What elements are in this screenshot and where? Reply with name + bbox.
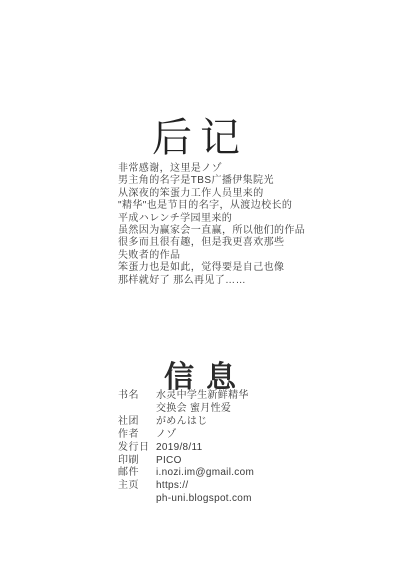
info-table: 书名 水灵中学生新鲜精华 交换会 蜜月性爱 社团 がめんはじ 作者 ノゾ 发行日… [118,390,254,506]
info-label-empty [118,493,156,506]
afterword-line: 平成ハレンチ学园里来的 [118,213,338,225]
info-row-homepage: 主页 https:// [118,480,254,493]
afterword-line: 很多而且很有趣，但是我更喜欢那些 [118,237,338,249]
info-label-circle: 社团 [118,416,156,429]
info-row-printing: 印刷 PICO [118,455,254,468]
info-label-book-title: 书名 [118,390,156,403]
afterword-line: 失败者的作品 [118,250,338,262]
info-value-book-title: 水灵中学生新鲜精华 [156,390,249,403]
info-row-release-date: 发行日 2019/8/11 [118,442,254,455]
afterword-line: "精华"也是节目的名字，从渡边校长的 [118,200,338,212]
afterword-line: 虽然因为赢家会一直赢，所以他们的作品 [118,225,338,237]
info-row-author: 作者 ノゾ [118,429,254,442]
afterword-line: 非常感谢，这里是ノゾ [118,163,338,175]
info-value-homepage-scheme: https:// [156,480,188,493]
info-label-release-date: 发行日 [118,442,156,455]
info-row-title-line2: 交换会 蜜月性爱 [118,403,254,416]
afterword-line: 那样就好了 那么再见了…… [118,275,338,287]
info-label-empty [118,403,156,416]
info-label-homepage: 主页 [118,480,156,493]
afterword-page: 后记 非常感谢，这里是ノゾ 男主角的名字是TBS广播伊集院光 从深夜的笨蛋力工作… [0,0,400,565]
info-value-release-date: 2019/8/11 [156,442,202,455]
info-label-author: 作者 [118,429,156,442]
afterword-title: 后记 [0,106,400,163]
afterword-line: 男主角的名字是TBS广播伊集院光 [118,175,338,187]
afterword-line: 从深夜的笨蛋力工作人员里来的 [118,188,338,200]
info-row-circle: 社团 がめんはじ [118,416,254,429]
info-label-email: 邮件 [118,467,156,480]
info-row-homepage-url: ph-uni.blogspot.com [118,493,254,506]
info-value-homepage-url: ph-uni.blogspot.com [156,493,252,506]
afterword-line: 笨蛋力也是如此，觉得要是自己也像 [118,262,338,274]
info-value-circle: がめんはじ [156,416,208,429]
info-value-printing: PICO [156,455,182,468]
info-value-book-subtitle: 交换会 蜜月性爱 [156,403,231,416]
info-row-email: 邮件 i.nozi.im@gmail.com [118,467,254,480]
afterword-text: 非常感谢，这里是ノゾ 男主角的名字是TBS广播伊集院光 从深夜的笨蛋力工作人员里… [118,163,338,287]
info-label-printing: 印刷 [118,455,156,468]
info-row-title-line1: 书名 水灵中学生新鲜精华 [118,390,254,403]
info-value-email: i.nozi.im@gmail.com [156,467,254,480]
info-value-author: ノゾ [156,429,177,442]
